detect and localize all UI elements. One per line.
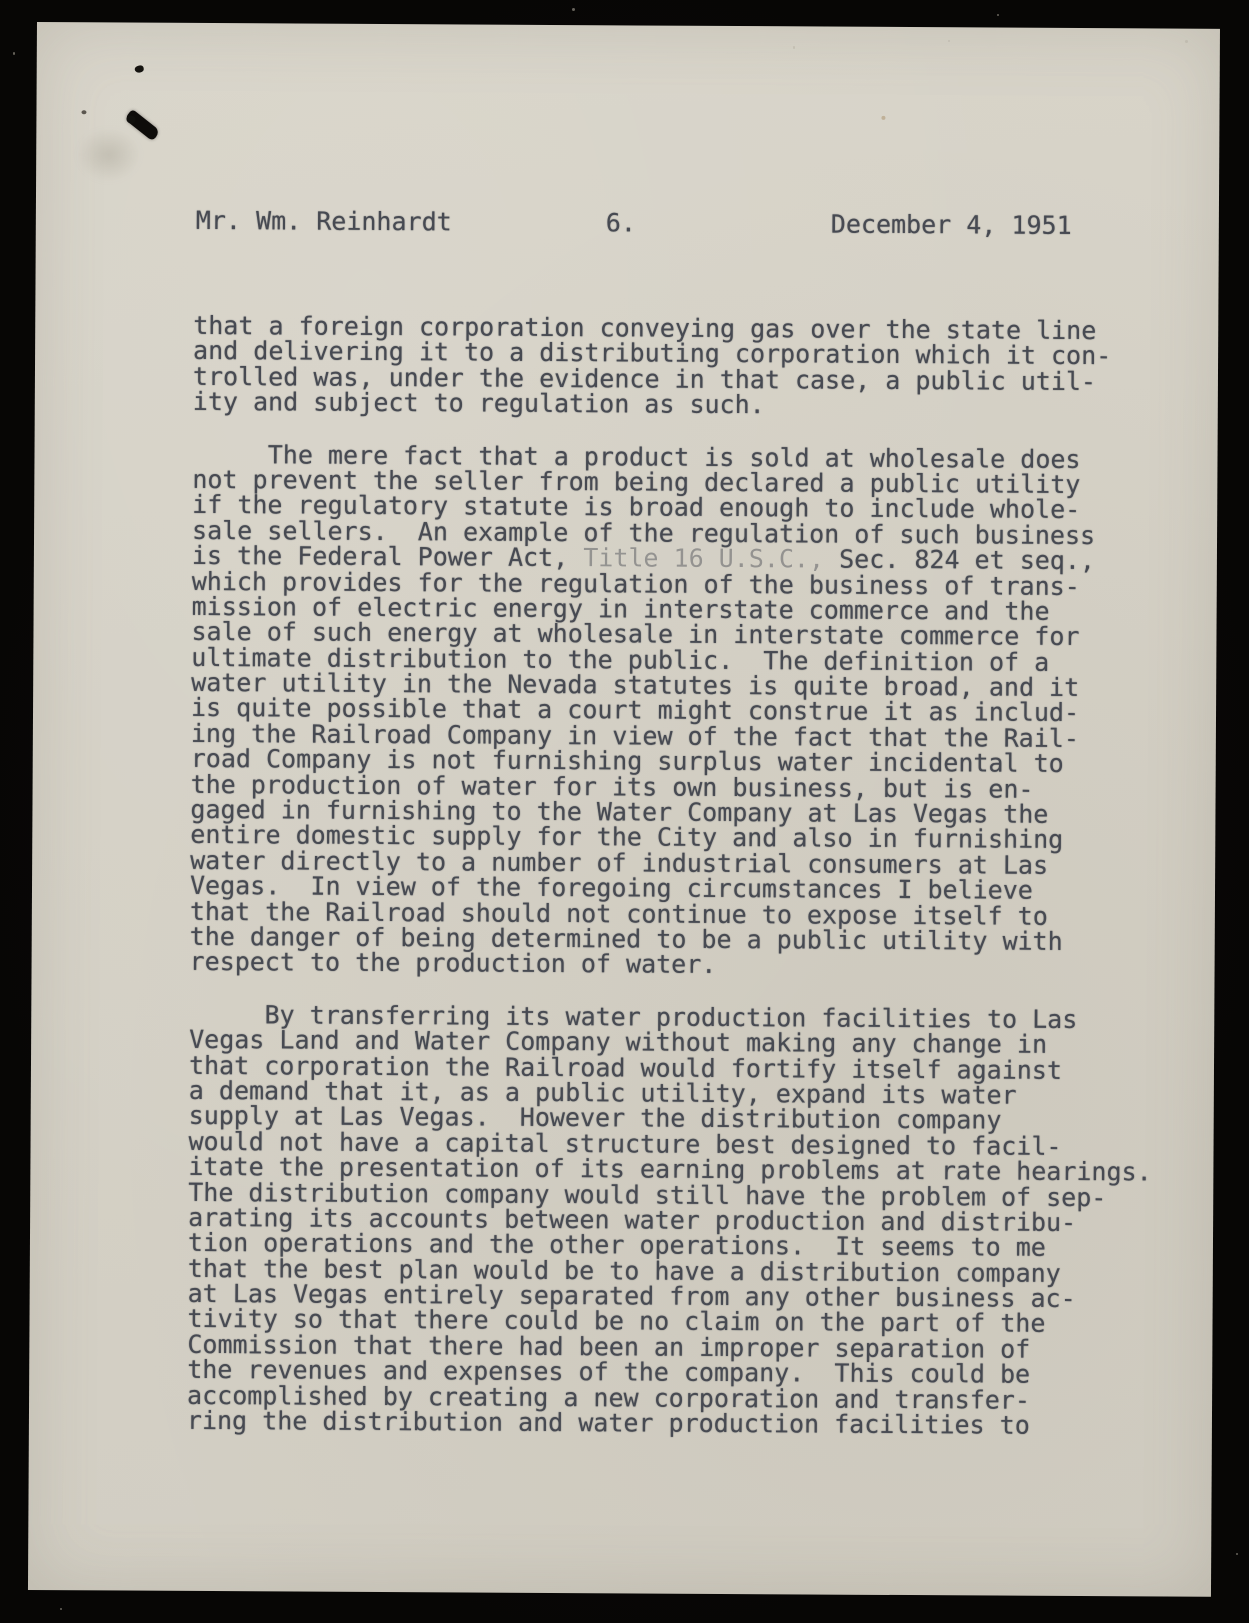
paragraph: The mere fact that a product is sold at … [190, 441, 1203, 980]
scan-background: Mr. Wm. Reinhardt 6. December 4, 1951 th… [0, 0, 1249, 1623]
dust-speck [948, 40, 950, 42]
dust-speck [997, 14, 999, 16]
page-number: 6. [606, 210, 636, 236]
text-line: ring the distribution and water producti… [187, 1408, 1197, 1439]
faded-text: Title 16 U.S.C., [583, 543, 824, 573]
dust-speck [1185, 40, 1188, 43]
ink-smudge [76, 127, 141, 182]
dust-speck [1236, 1553, 1238, 1555]
paragraph: By transferring its water production fac… [187, 1002, 1199, 1439]
ink-speck [81, 110, 86, 114]
dust-speck [13, 52, 15, 55]
recipient-name: Mr. Wm. Reinhardt [196, 208, 452, 235]
paragraph: that a foreign corporation conveying gas… [193, 313, 1204, 420]
ink-dot [134, 65, 144, 74]
paper-fleck [881, 116, 885, 120]
letter-body: that a foreign corporation conveying gas… [187, 313, 1204, 1466]
dust-speck [793, 46, 795, 49]
dust-speck [572, 8, 575, 11]
page-header: Mr. Wm. Reinhardt 6. December 4, 1951 [196, 208, 1156, 240]
letter-date: December 4, 1951 [831, 212, 1072, 239]
dust-speck [60, 1608, 62, 1610]
letter-page: Mr. Wm. Reinhardt 6. December 4, 1951 th… [28, 22, 1220, 1597]
